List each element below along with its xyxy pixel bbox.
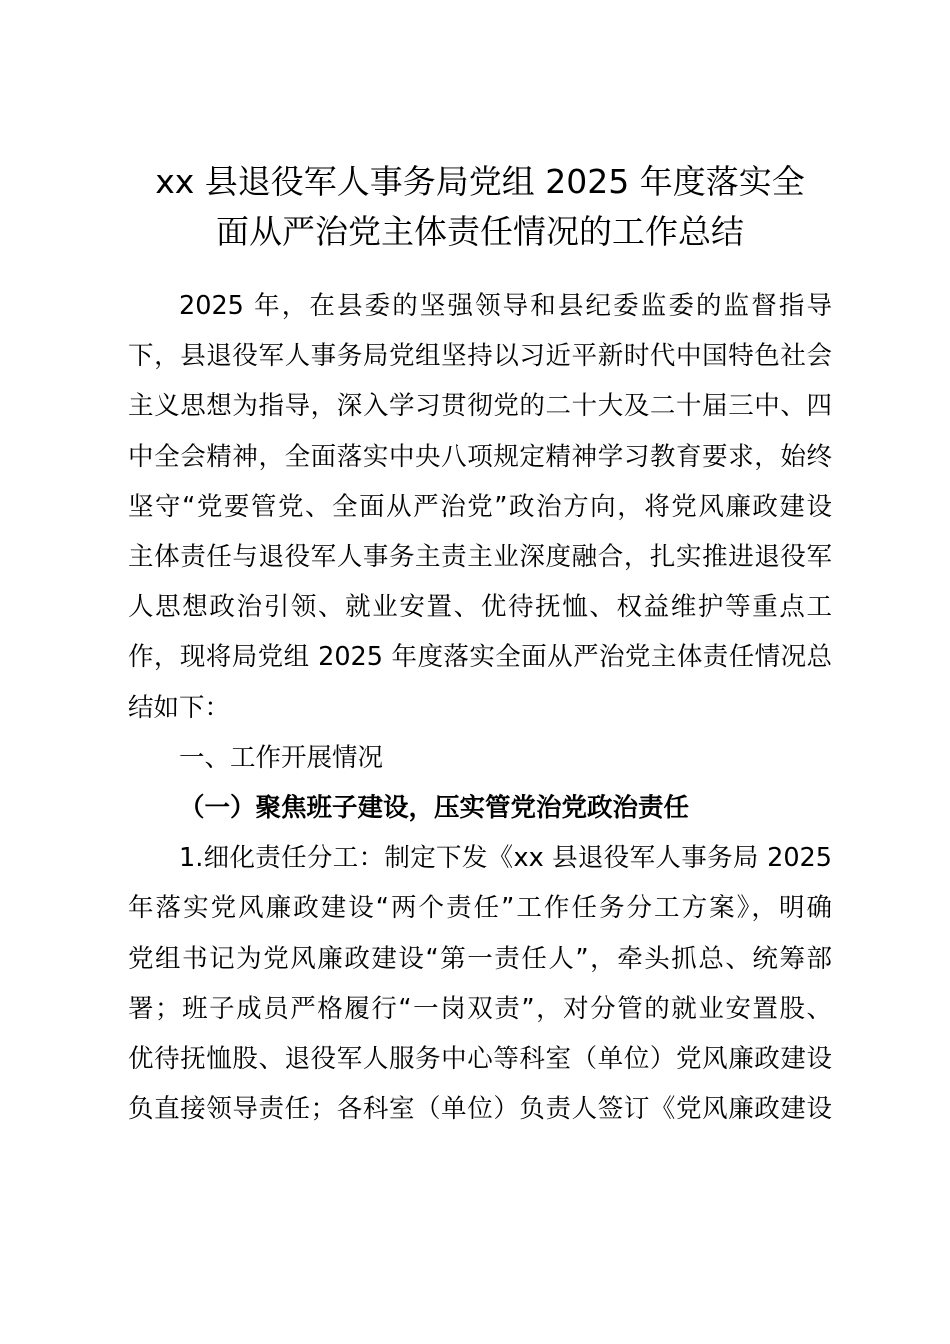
title-line-1: xx 县退役军人事务局党组 2025 年度落实全: [118, 157, 842, 207]
title-line-2: 面从严治党主体责任情况的工作总结: [118, 207, 842, 257]
text-line: 党组书记为党风廉政建设“第一责任人”，牵头抓总、统筹部: [128, 934, 832, 984]
item-paragraph: 1.细化责任分工：制定下发《xx 县退役军人事务局 2025 年落实党风廉政建设…: [128, 833, 832, 1134]
text-line: 署；班子成员严格履行“一岗双责”，对分管的就业安置股、: [128, 984, 832, 1034]
subsection-heading: （一）聚焦班子建设，压实管党治党政治责任: [128, 783, 832, 833]
text-line: 主义思想为指导，深入学习贯彻党的二十大及二十届三中、四: [128, 381, 832, 431]
text-line: 坚守“党要管党、全面从严治党”政治方向，将党风廉政建设: [128, 482, 832, 532]
text-line: 负直接领导责任；各科室（单位）负责人签订《党风廉政建设: [128, 1084, 832, 1134]
text-line: 优待抚恤股、退役军人服务中心等科室（单位）党风廉政建设: [128, 1034, 832, 1084]
section-heading: 一、工作开展情况: [128, 733, 832, 783]
text-line: 中全会精神，全面落实中央八项规定精神学习教育要求，始终: [128, 432, 832, 482]
text-line: 年落实党风廉政建设“两个责任”工作任务分工方案》，明确: [128, 883, 832, 933]
document-title: xx 县退役军人事务局党组 2025 年度落实全 面从严治党主体责任情况的工作总…: [118, 155, 842, 257]
document-content: xx 县退役军人事务局党组 2025 年度落实全 面从严治党主体责任情况的工作总…: [128, 155, 832, 1134]
document-page: xx 县退役军人事务局党组 2025 年度落实全 面从严治党主体责任情况的工作总…: [0, 0, 950, 1344]
intro-paragraph: 2025 年，在县委的坚强领导和县纪委监委的监督指导 下，县退役军人事务局党组坚…: [128, 281, 832, 733]
text-line: 作，现将局党组 2025 年度落实全面从严治党主体责任情况总: [128, 632, 832, 682]
document-body: 2025 年，在县委的坚强领导和县纪委监委的监督指导 下，县退役军人事务局党组坚…: [128, 281, 832, 1134]
text-line: 人思想政治引领、就业安置、优待抚恤、权益维护等重点工: [128, 582, 832, 632]
text-line: 主体责任与退役军人事务主责主业深度融合，扎实推进退役军: [128, 532, 832, 582]
text-line: 下，县退役军人事务局党组坚持以习近平新时代中国特色社会: [128, 331, 832, 381]
text-line: 1.细化责任分工：制定下发《xx 县退役军人事务局 2025: [128, 833, 832, 883]
text-line: 2025 年，在县委的坚强领导和县纪委监委的监督指导: [128, 281, 832, 331]
text-line: 结如下：: [128, 683, 832, 733]
